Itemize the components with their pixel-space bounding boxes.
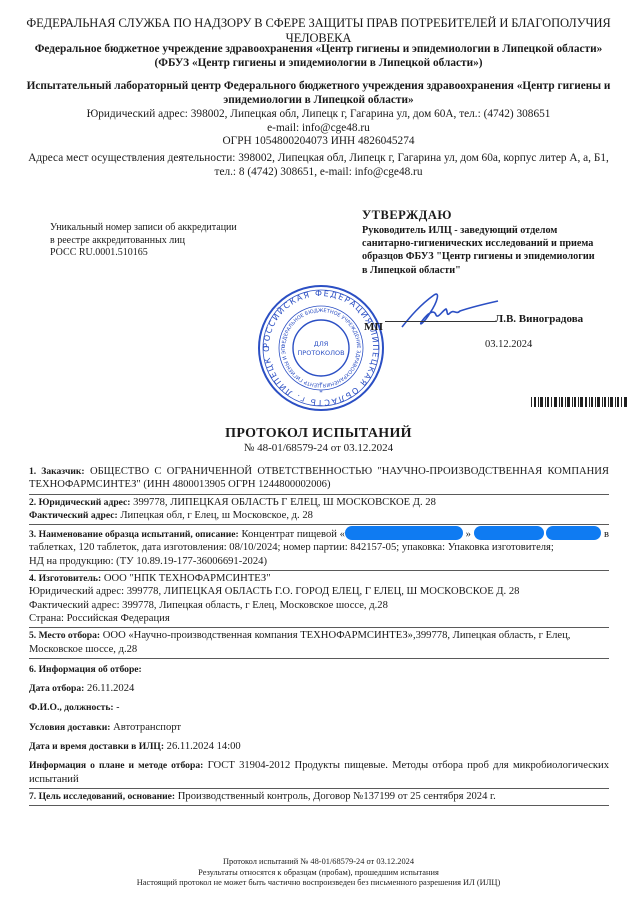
activity-addresses: Адреса мест осуществления деятельности: …: [20, 152, 617, 179]
accreditation-block: Уникальный номер записи об аккредитации …: [50, 222, 290, 260]
institution-line2: (ФБУЗ «Центр гигиены и эпидемиологии в Л…: [20, 57, 617, 71]
section-address: 2. Юридический адрес: 399778, ЛИПЕЦКАЯ О…: [29, 495, 609, 526]
sampling-place-value: ООО «Научно-производственная компания ТЕ…: [29, 630, 570, 654]
customer-label: 1. Заказчик:: [29, 466, 85, 477]
accreditation-line2: в реестре аккредитованных лиц: [50, 235, 290, 248]
legal-address: Юридический адрес: 398002, Липецкая обл,…: [20, 108, 617, 122]
person-label: Ф.И.О., должность:: [29, 702, 114, 713]
protocol-title: ПРОТОКОЛ ИСПЫТАНИЙ: [150, 426, 487, 442]
delivery-conditions-value: Автотранспорт: [113, 722, 181, 733]
email: e-mail: info@cge48.ru: [20, 122, 617, 136]
sampling-plan-label: Информация о плане и методе отбора:: [29, 760, 203, 771]
agency-header: ФЕДЕРАЛЬНАЯ СЛУЖБА ПО НАДЗОРУ В СФЕРЕ ЗА…: [20, 16, 617, 46]
manufacturer-actual-address: Фактический адрес: 399778, Липецкая обла…: [29, 599, 609, 612]
legal-address-value: 399778, ЛИПЕЦКАЯ ОБЛАСТЬ Г ЕЛЕЦ, Ш МОСКО…: [133, 497, 436, 508]
actual-address-value: Липецкая обл, г Елец, ш Московское, д. 2…: [120, 510, 313, 521]
manufacturer-legal-address: Юридический адрес: 399778, ЛИПЕЦКАЯ ОБЛА…: [29, 585, 609, 598]
stamp-mark: МП: [364, 321, 383, 333]
sample-label: 3. Наименование образца испытаний, описа…: [29, 529, 239, 540]
approval-position: Руководитель ИЛЦ - заведующий отделом са…: [362, 224, 602, 277]
legal-address-label: 2. Юридический адрес:: [29, 497, 130, 508]
svg-text:ПРОТОКОЛОВ: ПРОТОКОЛОВ: [297, 349, 344, 357]
sample-value-mid: »: [466, 529, 471, 540]
manufacturer-label: 4. Изготовитель:: [29, 573, 101, 584]
redacted-product-name-3: [546, 526, 601, 540]
purpose-label: 7. Цель исследований, основание:: [29, 791, 175, 802]
accreditation-number: РОСС RU.0001.510165: [50, 247, 290, 260]
sample-nd: НД на продукцию: (ТУ 10.89.19-177-360066…: [29, 555, 609, 568]
svg-text:ДЛЯ: ДЛЯ: [314, 340, 328, 348]
institution-name: Федеральное бюджетное учреждение здравоо…: [20, 43, 617, 70]
person-value: -: [116, 702, 119, 713]
institution-line1: Федеральное бюджетное учреждение здравоо…: [20, 43, 617, 57]
svg-text:*: *: [319, 381, 323, 389]
section-sampling-info: 6. Информация об отборе: Дата отбора: 26…: [29, 659, 609, 789]
protocol-sections: 1. Заказчик: ОБЩЕСТВО С ОГРАНИЧЕННОЙ ОТВ…: [29, 464, 609, 806]
sample-value-start: Концентрат пищевой «: [241, 529, 344, 540]
footer-results-note: Результаты относятся к образцам (пробам)…: [100, 868, 537, 879]
accreditation-line1: Уникальный номер записи об аккредитации: [50, 222, 290, 235]
lab-center-name: Испытательный лабораторный центр Федерал…: [20, 80, 617, 107]
footer-protocol-ref: Протокол испытаний № 48-01/68579-24 от 0…: [100, 857, 537, 868]
signature-line: [385, 321, 495, 322]
actual-address-label: Фактический адрес:: [29, 510, 118, 521]
footer-reproduction-note: Настоящий протокол не может быть частичн…: [100, 878, 537, 889]
approval-date: 03.12.2024: [485, 339, 532, 350]
section-customer: 1. Заказчик: ОБЩЕСТВО С ОГРАНИЧЕННОЙ ОТВ…: [29, 464, 609, 495]
sampling-date-label: Дата отбора:: [29, 683, 84, 694]
section-sample: 3. Наименование образца испытаний, описа…: [29, 525, 609, 571]
svg-text:*: *: [319, 389, 323, 397]
signer-name: Л.В. Виноградова: [495, 313, 583, 325]
delivery-time-value: 26.11.2024 14:00: [167, 741, 241, 752]
sampling-date-value: 26.11.2024: [87, 683, 134, 694]
official-stamp-icon: РОССИЙСКАЯ ФЕДЕРАЦИЯ ЛИПЕЦКАЯ ОБЛАСТЬ г.…: [256, 283, 386, 413]
delivery-time-label: Дата и время доставки в ИЛЦ:: [29, 741, 164, 752]
redacted-product-name-2: [474, 526, 544, 540]
lab-contacts: Юридический адрес: 398002, Липецкая обл,…: [20, 108, 617, 149]
customer-value: ОБЩЕСТВО С ОГРАНИЧЕННОЙ ОТВЕТСТВЕННОСТЬЮ…: [29, 466, 609, 490]
sampling-place-label: 5. Место отбора:: [29, 630, 100, 641]
section-manufacturer: 4. Изготовитель: ООО "НПК ТЕХНОФАРМСИНТЕ…: [29, 571, 609, 628]
manufacturer-country: Страна: Российская Федерация: [29, 612, 609, 625]
section-purpose: 7. Цель исследований, основание: Произво…: [29, 789, 609, 806]
barcode-icon: [531, 397, 628, 407]
section-sampling-place: 5. Место отбора: ООО «Научно-производств…: [29, 628, 609, 659]
protocol-number: № 48-01/68579-24 от 03.12.2024: [150, 442, 487, 454]
delivery-conditions-label: Условия доставки:: [29, 722, 110, 733]
page-footer: Протокол испытаний № 48-01/68579-24 от 0…: [100, 857, 537, 889]
manufacturer-value: ООО "НПК ТЕХНОФАРМСИНТЕЗ": [104, 573, 271, 584]
approval-title: УТВЕРЖДАЮ: [362, 208, 452, 223]
ogrn-inn: ОГРН 1054800204073 ИНН 4826045274: [20, 135, 617, 149]
purpose-value: Производственный контроль, Договор №1371…: [178, 791, 496, 802]
sampling-info-label: 6. Информация об отборе:: [29, 660, 609, 679]
redacted-product-name: [345, 526, 463, 540]
signature-icon: [400, 287, 500, 335]
